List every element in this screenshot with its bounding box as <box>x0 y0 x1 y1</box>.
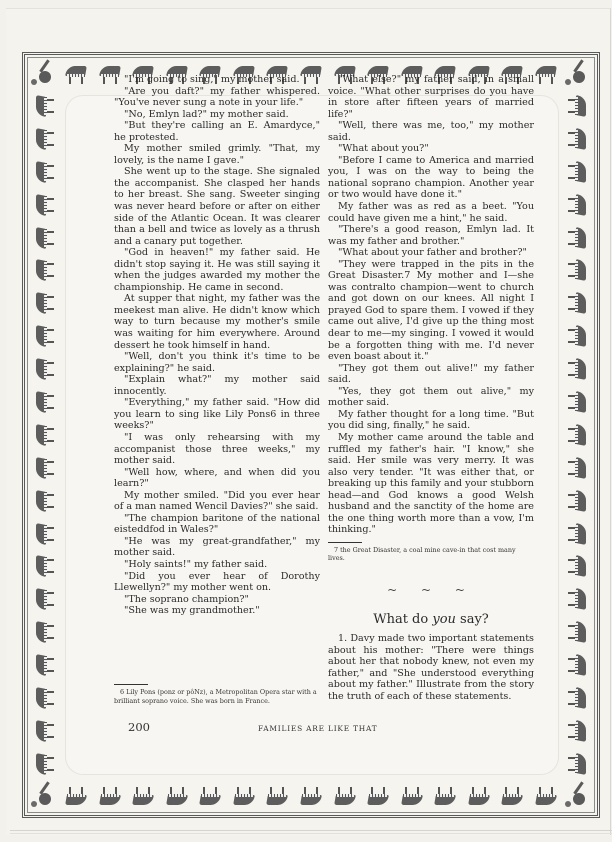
piano-icon <box>566 488 588 514</box>
footnote-7-block: 7 the Great Disaster, a coal mine cave-i… <box>328 542 534 563</box>
left-column: "I'm going to sing," my mother said."Are… <box>114 74 320 617</box>
story-paragraph: "Well, there was me, too," my mother sai… <box>328 120 534 143</box>
story-paragraph: "But they're calling an E. Amardyce," he… <box>114 120 320 143</box>
piano-icon <box>566 422 588 448</box>
piano-icon <box>34 619 56 645</box>
music-note-icon <box>563 781 593 811</box>
story-paragraph: "What about you?" <box>328 143 534 155</box>
right-column-body: "What else?" my father said, in a small … <box>328 74 534 536</box>
piano-icon <box>34 192 56 218</box>
piano-icon <box>499 785 525 807</box>
piano-icon <box>34 751 56 777</box>
piano-icon <box>34 586 56 612</box>
footnote-6: 6 Lily Pons (ponz or pôNz), a Metropolit… <box>114 688 320 705</box>
story-paragraph: "They were trapped in the pits in the Gr… <box>328 259 534 363</box>
story-paragraph: At supper that night, my father was the … <box>114 293 320 351</box>
piano-icon <box>34 159 56 185</box>
footnote-6-block: 6 Lily Pons (ponz or pôNz), a Metropolit… <box>114 684 320 705</box>
story-paragraph: "I'm going to sing," my mother said. <box>114 74 320 86</box>
piano-icon <box>566 553 588 579</box>
piano-icon <box>63 64 89 86</box>
piano-icon <box>399 785 425 807</box>
piano-icon <box>533 64 559 86</box>
piano-icon <box>34 521 56 547</box>
piano-icon <box>164 785 190 807</box>
story-paragraph: "Did you ever hear of Dorothy Llewellyn?… <box>114 571 320 594</box>
piano-icon <box>566 521 588 547</box>
running-head: FAMILIES ARE LIKE THAT <box>258 724 378 733</box>
sheet-edge <box>10 830 612 834</box>
story-paragraph: "There's a good reason, Emlyn lad. It wa… <box>328 224 534 247</box>
piano-icon <box>298 785 324 807</box>
section-title-text: say? <box>456 612 489 627</box>
piano-icon <box>566 586 588 612</box>
story-paragraph: "Well, don't you think it's time to be e… <box>114 351 320 374</box>
section-break: ~ ~ ~ <box>328 585 534 597</box>
story-paragraph: "They got them out alive!" my father sai… <box>328 363 534 386</box>
piano-icon <box>34 488 56 514</box>
story-paragraph: My mother smiled. "Did you ever hear of … <box>114 490 320 513</box>
piano-icon <box>566 751 588 777</box>
story-paragraph: "She was my grandmother." <box>114 605 320 617</box>
story-paragraph: "Before I came to America and married yo… <box>328 155 534 201</box>
piano-icon <box>34 718 56 744</box>
piano-icon <box>34 356 56 382</box>
story-paragraph: My mother came around the table and ruff… <box>328 432 534 536</box>
piano-icon <box>34 93 56 119</box>
border-right-pianos <box>563 95 591 775</box>
page-number: 200 <box>128 720 150 734</box>
piano-icon <box>130 785 156 807</box>
music-note-icon <box>29 781 59 811</box>
piano-icon <box>34 455 56 481</box>
piano-icon <box>566 652 588 678</box>
music-note-icon <box>29 59 59 89</box>
story-paragraph: "What else?" my father said, in a small … <box>328 74 534 120</box>
section-title-emphasis: you <box>432 612 456 627</box>
piano-icon <box>34 389 56 415</box>
story-paragraph: She went up to the stage. She signaled t… <box>114 166 320 247</box>
piano-icon <box>34 323 56 349</box>
piano-icon <box>566 356 588 382</box>
piano-icon <box>63 785 89 807</box>
piano-icon <box>566 126 588 152</box>
story-paragraph: "Explain what?" my mother said innocentl… <box>114 374 320 397</box>
piano-icon <box>566 685 588 711</box>
piano-icon <box>97 785 123 807</box>
question-list: 1. Davy made two important statements ab… <box>328 633 534 702</box>
piano-icon <box>34 553 56 579</box>
story-paragraph: "He was my great-grandfather," my mother… <box>114 536 320 559</box>
section-title: What do you say? <box>328 614 534 626</box>
story-paragraph: "Everything," my father said. "How did y… <box>114 397 320 432</box>
piano-icon <box>365 785 391 807</box>
footnote-rule <box>328 542 362 543</box>
story-paragraph: "Holy saints!" my father said. <box>114 559 320 571</box>
music-note-icon <box>563 59 593 89</box>
story-paragraph: "What about your father and brother?" <box>328 247 534 259</box>
piano-icon <box>34 225 56 251</box>
piano-icon <box>34 290 56 316</box>
piano-icon <box>34 652 56 678</box>
piano-icon <box>566 619 588 645</box>
piano-icon <box>566 192 588 218</box>
piano-icon <box>566 389 588 415</box>
border-bottom-pianos <box>63 783 559 809</box>
discussion-question: 1. Davy made two important statements ab… <box>328 633 534 702</box>
piano-icon <box>34 257 56 283</box>
piano-icon <box>566 93 588 119</box>
story-paragraph: "The soprano champion?" <box>114 594 320 606</box>
right-column: "What else?" my father said, in a small … <box>328 74 534 702</box>
piano-icon <box>566 257 588 283</box>
piano-icon <box>566 718 588 744</box>
piano-icon <box>197 785 223 807</box>
story-paragraph: "God in heaven!" my father said. He didn… <box>114 247 320 293</box>
border-left-pianos <box>31 95 59 775</box>
piano-icon <box>34 422 56 448</box>
piano-icon <box>231 785 257 807</box>
piano-icon <box>332 785 358 807</box>
piano-icon <box>432 785 458 807</box>
piano-icon <box>566 225 588 251</box>
piano-icon <box>34 685 56 711</box>
piano-icon <box>566 159 588 185</box>
story-paragraph: "Well how, where, and when did you learn… <box>114 467 320 490</box>
piano-icon <box>264 785 290 807</box>
piano-icon <box>566 455 588 481</box>
story-paragraph: "The champion baritone of the national e… <box>114 513 320 536</box>
footnote-7: 7 the Great Disaster, a coal mine cave-i… <box>328 546 534 563</box>
piano-icon <box>566 290 588 316</box>
story-paragraph: My mother smiled grimly. "That, my lovel… <box>114 143 320 166</box>
story-paragraph: "Yes, they got them out alive," my mothe… <box>328 386 534 409</box>
footnote-rule <box>114 684 148 685</box>
story-paragraph: "No, Emlyn lad?" my mother said. <box>114 109 320 121</box>
piano-icon <box>466 785 492 807</box>
story-paragraph: "Are you daft?" my father whispered. "Yo… <box>114 86 320 109</box>
story-paragraph: "I was only rehearsing with my accompani… <box>114 432 320 467</box>
piano-icon <box>533 785 559 807</box>
piano-icon <box>34 126 56 152</box>
section-title-text: What do <box>373 612 432 627</box>
piano-icon <box>566 323 588 349</box>
story-paragraph: My father thought for a long time. "But … <box>328 409 534 432</box>
story-paragraph: My father was as red as a beet. "You cou… <box>328 201 534 224</box>
